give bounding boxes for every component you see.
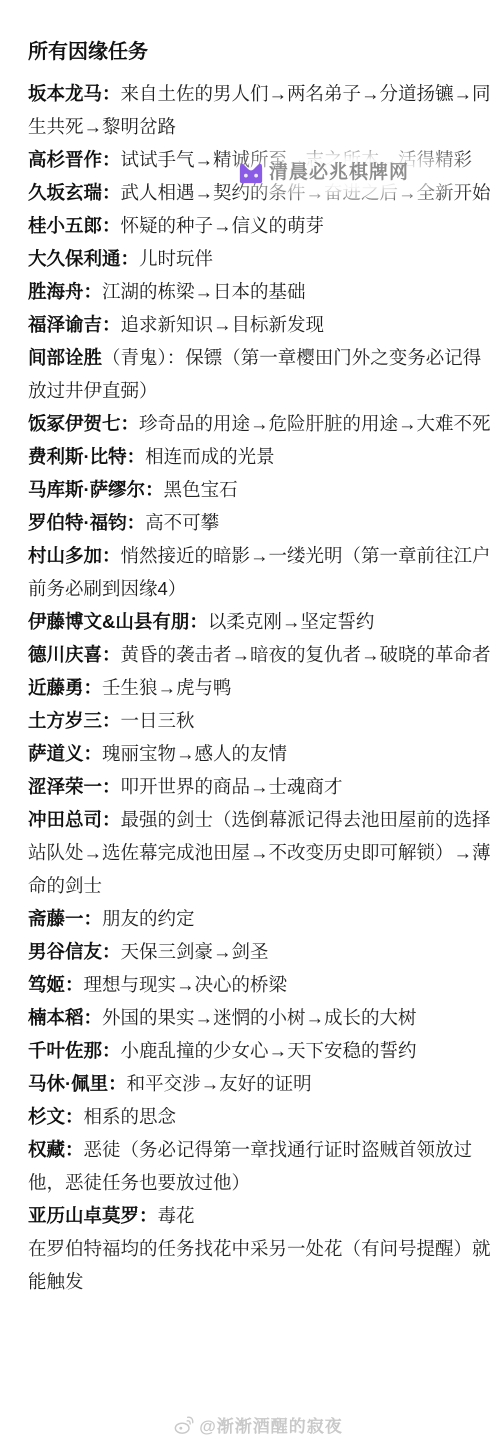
author-watermark-text: @渐渐酒醒的寂夜 (199, 1412, 343, 1437)
task-entry: 斋藤一：朋友的约定 (28, 902, 492, 935)
entry-desc: 恶徒（务必记得第一章找通行证时盗贼首领放过他，恶徒任务也要放过他） (28, 1139, 472, 1193)
entry-desc: 江湖的栋梁→日本的基础 (102, 281, 306, 302)
task-list-document: 所有因缘任务 坂本龙马：来自土佐的男人们→两名弟子→分道扬镳→同生共死→黎明岔路… (0, 0, 500, 1298)
task-entry: 桂小五郎：怀疑的种子→信义的萌芽 (28, 209, 492, 242)
task-entry: 费利斯·比特：相连而成的光景 (28, 440, 492, 473)
entry-desc: 以柔克刚→坚定誓约 (208, 611, 375, 632)
entry-desc: 追求新知识→目标新发现 (121, 314, 325, 335)
entry-desc: 儿时玩伴 (139, 248, 213, 269)
author-watermark: @渐渐酒醒的寂夜 (8, 1412, 500, 1437)
entry-desc: 叩开世界的商品→士魂商才 (121, 776, 343, 797)
entry-name: 涩泽荣一： (28, 776, 121, 797)
entry-desc: 相系的思念 (84, 1106, 177, 1127)
task-entry: 德川庆喜：黄昏的袭击者→暗夜的复仇者→破晓的革命者 (28, 638, 492, 671)
task-entry: 坂本龙马：来自土佐的男人们→两名弟子→分道扬镳→同生共死→黎明岔路 (28, 77, 492, 143)
entry-desc: 外国的果实→迷惘的小树→成长的大树 (102, 1007, 417, 1028)
entry-name: 高杉晋作： (28, 149, 121, 170)
entry-desc: 武人相遇→契约的条件→奋进之后→全新开始 (121, 182, 491, 203)
task-entry: 千叶佐那：小鹿乱撞的少女心→天下安稳的誓约 (28, 1034, 492, 1067)
task-entry: 马库斯·萨缪尔：黑色宝石 (28, 473, 492, 506)
entry-desc: 在罗伯特福均的任务找花中采另一处花（有问号提醒）就能触发 (28, 1238, 491, 1292)
entry-desc: 壬生狼→虎与鸭 (102, 677, 232, 698)
task-entry: 大久保利通：儿时玩伴 (28, 242, 492, 275)
entry-name: 斋藤一： (28, 908, 102, 929)
weibo-icon (173, 1415, 195, 1435)
entry-desc: 试试手气→精诚所至→志之所本→活得精彩 (121, 149, 473, 170)
entry-name: 楠本稻： (28, 1007, 102, 1028)
entry-desc: 一日三秋 (121, 710, 195, 731)
entry-name-suffix: （青鬼）： (102, 347, 185, 368)
task-entry: 村山多加：悄然接近的暗影→一缕光明（第一章前往江户前务必刷到因缘4） (28, 539, 492, 605)
entry-name: 德川庆喜： (28, 644, 121, 665)
entry-name: 胜海舟： (28, 281, 102, 302)
entry-name: 萨道义： (28, 743, 102, 764)
entry-name: 间部诠胜 (28, 347, 102, 368)
entry-desc: 天保三剑豪→剑圣 (121, 941, 269, 962)
entry-desc: 黑色宝石 (164, 479, 238, 500)
task-entry: 楠本稻：外国的果实→迷惘的小树→成长的大树 (28, 1001, 492, 1034)
task-entry: 饭冢伊贺七：珍奇品的用途→危险肝脏的用途→大难不死 (28, 407, 492, 440)
entry-name: 近藤勇： (28, 677, 102, 698)
entry-name: 村山多加： (28, 545, 121, 566)
entry-desc: 相连而成的光景 (145, 446, 275, 467)
entry-desc: 珍奇品的用途→危险肝脏的用途→大难不死 (139, 413, 491, 434)
entry-name: 男谷信友： (28, 941, 121, 962)
entry-name: 大久保利通： (28, 248, 139, 269)
task-entry: 马休·佩里：和平交涉→友好的证明 (28, 1067, 492, 1100)
task-entry: 涩泽荣一：叩开世界的商品→士魂商才 (28, 770, 492, 803)
entry-name: 亚历山卓莫罗： (28, 1205, 158, 1226)
entry-desc: 高不可攀 (145, 512, 219, 533)
task-entry: 伊藤博文&山县有朋：以柔克刚→坚定誓约 (28, 605, 492, 638)
task-entry: 笃姬：理想与现实→决心的桥梁 (28, 968, 492, 1001)
task-entry: 土方岁三：一日三秋 (28, 704, 492, 737)
entry-desc: 怀疑的种子→信义的萌芽 (121, 215, 325, 236)
entry-name: 马库斯·萨缪尔： (28, 479, 164, 500)
task-entry: 在罗伯特福均的任务找花中采另一处花（有问号提醒）就能触发 (28, 1232, 492, 1298)
entry-desc: 和平交涉→友好的证明 (127, 1073, 312, 1094)
entry-desc: 黄昏的袭击者→暗夜的复仇者→破晓的革命者 (121, 644, 491, 665)
entry-desc: 朋友的约定 (102, 908, 195, 929)
task-entry: 男谷信友：天保三剑豪→剑圣 (28, 935, 492, 968)
task-entry: 胜海舟：江湖的栋梁→日本的基础 (28, 275, 492, 308)
entry-name: 权藏： (28, 1139, 84, 1160)
task-entry: 间部诠胜（青鬼）：保镖（第一章樱田门外之变务必记得放过井伊直弼） (28, 341, 492, 407)
entry-name: 伊藤博文&山县有朋： (28, 611, 208, 632)
task-entry: 福泽谕吉：追求新知识→目标新发现 (28, 308, 492, 341)
entry-name: 久坂玄瑞： (28, 182, 121, 203)
entry-name: 千叶佐那： (28, 1040, 121, 1061)
task-entry-list: 坂本龙马：来自土佐的男人们→两名弟子→分道扬镳→同生共死→黎明岔路高杉晋作：试试… (28, 77, 492, 1298)
entry-name: 罗伯特·福钧： (28, 512, 145, 533)
entry-name: 坂本龙马： (28, 83, 121, 104)
task-entry: 萨道义：瑰丽宝物→感人的友情 (28, 737, 492, 770)
task-entry: 冲田总司：最强的剑士（选倒幕派记得去池田屋前的选择站队处→选佐幕完成池田屋→不改… (28, 803, 492, 902)
task-entry: 近藤勇：壬生狼→虎与鸭 (28, 671, 492, 704)
entry-name: 冲田总司： (28, 809, 121, 830)
task-entry: 久坂玄瑞：武人相遇→契约的条件→奋进之后→全新开始 (28, 176, 492, 209)
entry-name: 费利斯·比特： (28, 446, 145, 467)
entry-name: 福泽谕吉： (28, 314, 121, 335)
entry-name: 桂小五郎： (28, 215, 121, 236)
task-entry: 高杉晋作：试试手气→精诚所至→志之所本→活得精彩 (28, 143, 492, 176)
entry-name: 饭冢伊贺七： (28, 413, 139, 434)
page-title: 所有因缘任务 (28, 36, 492, 69)
entry-name: 杉文： (28, 1106, 84, 1127)
entry-desc: 瑰丽宝物→感人的友情 (102, 743, 287, 764)
task-entry: 亚历山卓莫罗：毒花 (28, 1199, 492, 1232)
entry-desc: 小鹿乱撞的少女心→天下安稳的誓约 (121, 1040, 417, 1061)
entry-desc: 毒花 (158, 1205, 195, 1226)
entry-desc: 理想与现实→决心的桥梁 (84, 974, 288, 995)
task-entry: 权藏：恶徒（务必记得第一章找通行证时盗贼首领放过他，恶徒任务也要放过他） (28, 1133, 492, 1199)
entry-name: 笃姬： (28, 974, 84, 995)
entry-name: 马休·佩里： (28, 1073, 127, 1094)
task-entry: 罗伯特·福钧：高不可攀 (28, 506, 492, 539)
entry-name: 土方岁三： (28, 710, 121, 731)
task-entry: 杉文：相系的思念 (28, 1100, 492, 1133)
